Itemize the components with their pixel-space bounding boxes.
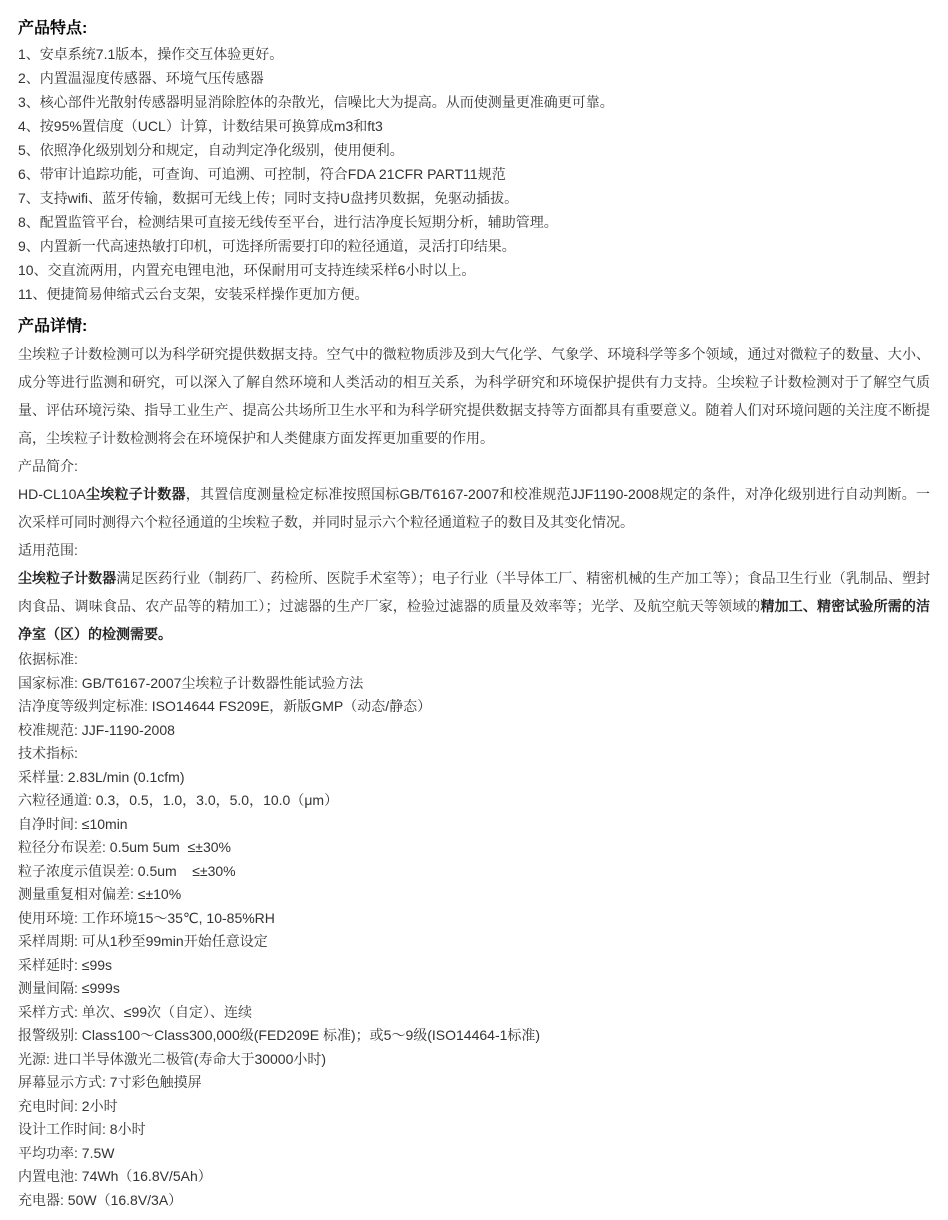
specs-list: 依据标准: 国家标准: GB/T6167-2007尘埃粒子计数器性能试验方法 洁…	[18, 648, 930, 1212]
spec-line: 光源: 进口半导体激光二极管(寿命大于30000小时)	[18, 1048, 930, 1072]
spec-line: 国家标准: GB/T6167-2007尘埃粒子计数器性能试验方法	[18, 672, 930, 696]
spec-line: 采样方式: 单次、≤99次（自定）、连续	[18, 1001, 930, 1025]
feature-item: 5、依照净化级别划分和规定，自动判定净化级别，使用便利。	[18, 138, 930, 162]
spec-line: 报警级别: Class100～Class300,000级(FED209E 标准)…	[18, 1024, 930, 1048]
spec-line: 内置电池: 74Wh（16.8V/5Ah）	[18, 1165, 930, 1189]
scope-paragraph: 尘埃粒子计数器满足医药行业（制药厂、药检所、医院手术室等）；电子行业（半导体工厂…	[18, 564, 930, 648]
feature-item: 11、便捷简易伸缩式云台支架，安装采样操作更加方便。	[18, 282, 930, 306]
details-heading: 产品详情:	[18, 314, 930, 340]
feature-item: 4、按95%置信度（UCL）计算，计数结果可换算成m3和ft3	[18, 114, 930, 138]
spec-line: 测量间隔: ≤999s	[18, 977, 930, 1001]
feature-item: 9、内置新一代高速热敏打印机，可选择所需要打印的粒径通道，灵活打印结果。	[18, 234, 930, 258]
details-intro-paragraph: 尘埃粒子计数检测可以为科学研究提供数据支持。空气中的微粒物质涉及到大气化学、气象…	[18, 340, 930, 452]
brief-product-name: 尘埃粒子计数器	[86, 486, 186, 502]
spec-line: 自净时间: ≤10min	[18, 813, 930, 837]
features-heading: 产品特点:	[18, 16, 930, 42]
spec-line: 采样量: 2.83L/min (0.1cfm)	[18, 766, 930, 790]
spec-line: 充电时间: 2小时	[18, 1095, 930, 1119]
scope-label: 适用范围:	[18, 536, 930, 564]
spec-line: 使用环境: 工作环境15～35℃, 10-85%RH	[18, 907, 930, 931]
feature-item: 8、配置监管平台，检测结果可直接无线传至平台，进行洁净度长短期分析，辅助管理。	[18, 210, 930, 234]
feature-item: 1、安卓系统7.1版本，操作交互体验更好。	[18, 42, 930, 66]
feature-item: 2、内置温湿度传感器、环境气压传感器	[18, 66, 930, 90]
spec-line: 平均功率: 7.5W	[18, 1142, 930, 1166]
spec-line: 充电器: 50W（16.8V/3A）	[18, 1189, 930, 1213]
spec-line: 设计工作时间: 8小时	[18, 1118, 930, 1142]
brief-paragraph: HD-CL10A尘埃粒子计数器，其置信度测量检定标准按照国标GB/T6167-2…	[18, 480, 930, 536]
spec-line: 六粒径通道: 0.3，0.5，1.0，3.0，5.0，10.0（μm）	[18, 789, 930, 813]
brief-model: HD-CL10A	[18, 486, 86, 502]
feature-item: 7、支持wifi、蓝牙传输，数据可无线上传；同时支持U盘拷贝数据，免驱动插拔。	[18, 186, 930, 210]
brief-label: 产品简介:	[18, 452, 930, 480]
spec-line: 测量重复相对偏差: ≤±10%	[18, 883, 930, 907]
product-description-document: 产品特点: 1、安卓系统7.1版本，操作交互体验更好。 2、内置温湿度传感器、环…	[0, 0, 948, 1220]
feature-item: 6、带审计追踪功能，可查询、可追溯、可控制，符合FDA 21CFR PART11…	[18, 162, 930, 186]
feature-item: 3、核心部件光散射传感器明显消除腔体的杂散光，信噪比大为提高。从而使测量更准确更…	[18, 90, 930, 114]
scope-product-name: 尘埃粒子计数器	[18, 570, 116, 586]
spec-line: 校准规范: JJF-1190-2008	[18, 719, 930, 743]
spec-line: 采样延时: ≤99s	[18, 954, 930, 978]
features-list: 1、安卓系统7.1版本，操作交互体验更好。 2、内置温湿度传感器、环境气压传感器…	[18, 42, 930, 306]
spec-line: 采样周期: 可从1秒至99min开始任意设定	[18, 930, 930, 954]
spec-line: 屏幕显示方式: 7寸彩色触摸屏	[18, 1071, 930, 1095]
spec-line: 粒径分布误差: 0.5um 5um ≤±30%	[18, 836, 930, 860]
spec-line: 依据标准:	[18, 648, 930, 672]
spec-line: 技术指标:	[18, 742, 930, 766]
feature-item: 10、交直流两用，内置充电锂电池，环保耐用可支持连续采样6小时以上。	[18, 258, 930, 282]
spec-line: 洁净度等级判定标准: ISO14644 FS209E，新版GMP（动态/静态）	[18, 695, 930, 719]
spec-line: 粒子浓度示值误差: 0.5um ≤±30%	[18, 860, 930, 884]
